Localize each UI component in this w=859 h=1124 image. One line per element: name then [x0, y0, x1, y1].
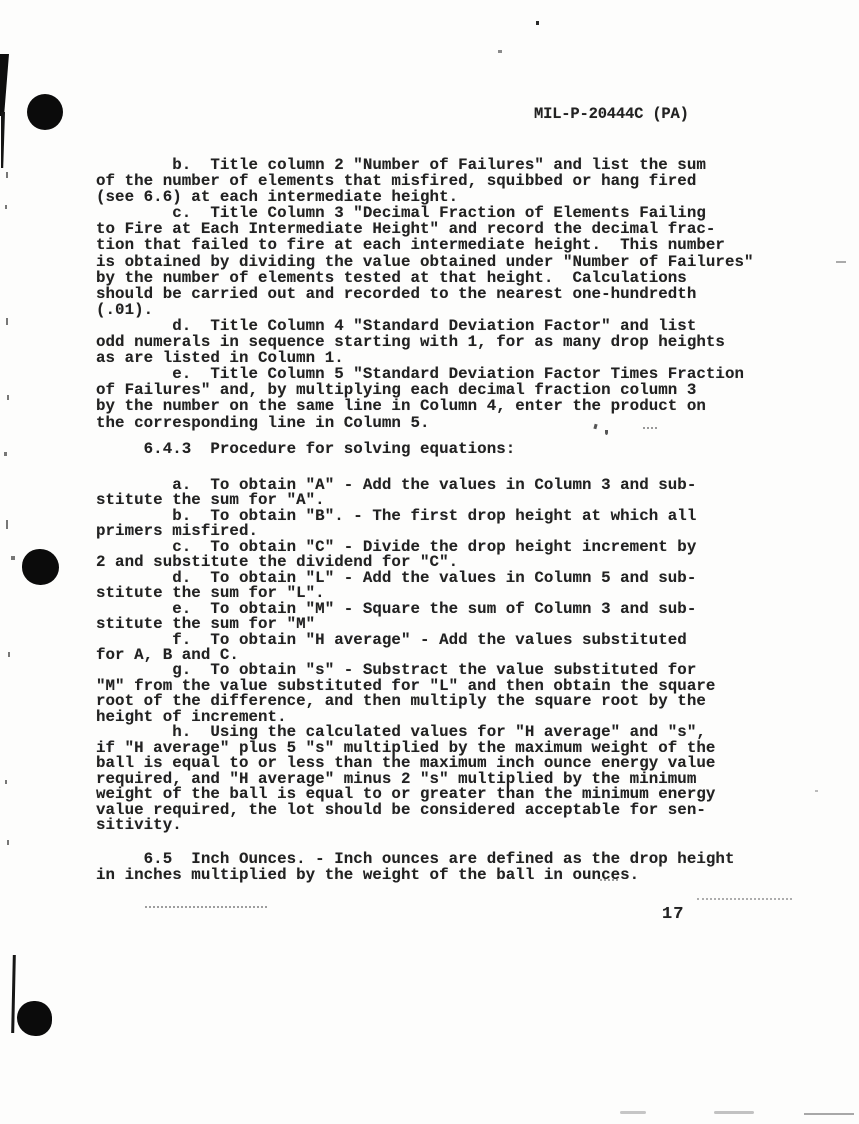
text-line: d. Title Column 4 "Standard Deviation Fa…: [96, 318, 754, 334]
punch-hole-dot-top: [27, 94, 63, 130]
scan-speck: [836, 261, 846, 263]
text-line: to Fire at Each Intermediate Height" and…: [96, 221, 754, 237]
scan-artifact: [7, 395, 9, 400]
text-line: by the number of elements tested at that…: [96, 270, 754, 286]
text-line: value required, the lot should be consid…: [96, 803, 715, 818]
scan-smudge: [620, 1111, 646, 1114]
text-line: (see 6.6) at each intermediate height.: [96, 189, 754, 205]
document-id-header: MIL-P-20444C (PA): [534, 105, 689, 123]
scan-edge-streak: [1, 112, 5, 168]
paragraphs-b-through-e: b. Title column 2 "Number of Failures" a…: [96, 157, 754, 431]
text-line: (.01).: [96, 302, 754, 318]
scan-artifact: [4, 452, 7, 456]
text-line: should be carried out and recorded to th…: [96, 286, 754, 302]
text-line: is obtained by dividing the value obtain…: [96, 254, 754, 270]
text-line: in inches multiplied by the weight of th…: [96, 867, 735, 883]
punch-hole-dot-bottom: [17, 1001, 52, 1036]
scan-smudge: [804, 1113, 854, 1115]
text-line: of Failures" and, by multiplying each de…: [96, 382, 754, 398]
scan-artifact: [11, 556, 15, 560]
text-line: e. Title Column 5 "Standard Deviation Fa…: [96, 366, 754, 382]
scan-edge-streak: [0, 54, 9, 116]
scan-artifact: [8, 652, 10, 657]
text-line: tion that failed to fire at each interme…: [96, 237, 754, 253]
scan-smudge: [714, 1111, 754, 1114]
scan-artifact: [7, 840, 9, 845]
text-line: odd numerals in sequence starting with 1…: [96, 334, 754, 350]
section-heading-6-4-3: 6.4.3 Procedure for solving equations:: [96, 441, 515, 457]
scan-artifact: [5, 205, 7, 209]
paragraph-6-5-inch-ounces: 6.5 Inch Ounces. - Inch ounces are defin…: [96, 851, 735, 883]
scan-smudge: [145, 906, 267, 908]
scan-speck: [605, 430, 608, 435]
text-line: the corresponding line in Column 5.: [96, 415, 754, 431]
scan-artifact: [5, 780, 7, 784]
scan-speck: [815, 790, 818, 792]
scan-edge-line: [11, 955, 16, 1033]
text-line: b. Title column 2 "Number of Failures" a…: [96, 157, 754, 173]
scan-smudge: [697, 898, 792, 900]
procedure-steps-a-through-h: a. To obtain "A" - Add the values in Col…: [96, 478, 715, 833]
scanned-document-page: MIL-P-20444C (PA) b. Title column 2 "Num…: [0, 0, 859, 1124]
scan-speck: [536, 21, 539, 25]
text-line: sitivity.: [96, 818, 715, 833]
scan-artifact: [6, 318, 8, 325]
scan-artifact: [6, 172, 8, 178]
scan-speck: [498, 50, 502, 53]
text-line: as are listed in Column 1.: [96, 350, 754, 366]
text-line: 6.5 Inch Ounces. - Inch ounces are defin…: [96, 851, 735, 867]
text-line: c. Title Column 3 "Decimal Fraction of E…: [96, 205, 754, 221]
punch-hole-dot-middle: [22, 549, 59, 585]
scan-artifact: [6, 520, 8, 529]
page-number: 17: [662, 905, 684, 924]
text-line: by the number on the same line in Column…: [96, 398, 754, 414]
text-line: of the number of elements that misfired,…: [96, 173, 754, 189]
